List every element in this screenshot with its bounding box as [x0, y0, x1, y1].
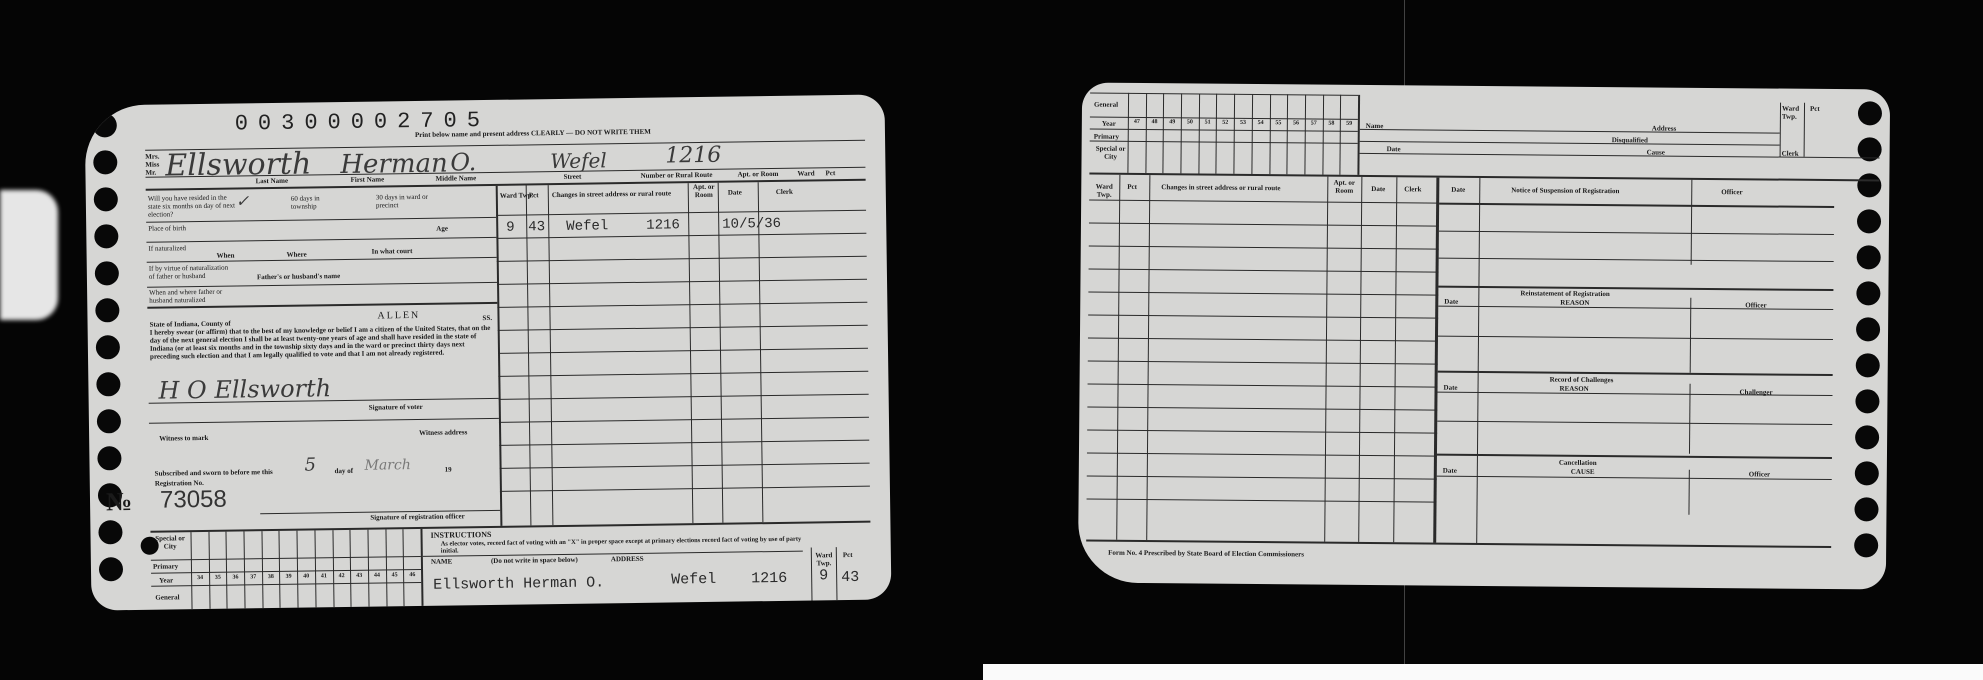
label-ward: Ward	[797, 169, 814, 177]
back-grid-year: Year	[1102, 120, 1116, 128]
typed-pct: 43	[841, 569, 859, 586]
punch-hole	[1856, 353, 1880, 377]
punch-hole	[1854, 533, 1878, 557]
row1-street: Wefel	[566, 218, 608, 235]
row1-pct: 43	[528, 219, 545, 235]
year-col: 49	[1163, 93, 1181, 173]
voting-year-grid: 34 35 36 37 38 39 40 41 42 43 44 45 46	[190, 529, 421, 609]
year-col: 52	[1216, 94, 1234, 174]
subscribed-month: March	[364, 457, 410, 474]
year-col: 43	[350, 530, 369, 607]
back-label-pct: Pct	[1810, 105, 1820, 113]
oath-ss: SS.	[482, 314, 492, 322]
year-col: 58	[1322, 95, 1340, 175]
label-pct: Pct	[825, 169, 835, 177]
oath-text: I hereby swear (or affirm) that to the b…	[150, 324, 495, 361]
year-col: 54	[1251, 94, 1269, 174]
subscribed-day: 5	[304, 454, 316, 475]
col-apt: Apt. or Room	[690, 183, 718, 199]
question-township: 60 days in township	[291, 194, 346, 211]
handwritten-street: Wefel	[550, 148, 607, 173]
punch-hole	[96, 372, 120, 396]
punch-hole	[95, 298, 119, 322]
label-witness-address: Witness address	[419, 428, 467, 437]
year-col: 47	[1127, 93, 1145, 173]
label-address: ADDRESS	[611, 555, 644, 563]
label-day-of: day of	[335, 467, 354, 475]
col-date: Date	[728, 188, 742, 196]
year-col: 57	[1304, 94, 1322, 174]
punch-hole	[93, 150, 117, 174]
label-witness: Witness to mark	[159, 434, 208, 443]
year-col: 39	[279, 531, 298, 608]
year-col: 42	[332, 530, 351, 607]
punch-hole	[1854, 497, 1878, 521]
punch-hole	[1858, 101, 1882, 125]
label-street: Street	[564, 173, 582, 181]
challenges-title: Record of Challenges	[1550, 376, 1614, 385]
back-grid-primary: Primary	[1094, 133, 1119, 141]
punch-hole	[96, 335, 120, 359]
year-col: 40	[297, 530, 316, 607]
instructions-title: INSTRUCTIONS	[430, 531, 491, 540]
salutation-mr: Mr.	[145, 169, 156, 177]
back-label-name: Name	[1366, 122, 1384, 130]
year-col: 45	[385, 529, 404, 606]
oath-county: ALLEN	[377, 311, 420, 321]
label-when: When	[217, 252, 235, 260]
year-col: 56	[1287, 94, 1305, 174]
back-col-apt: Apt. or Room	[1331, 179, 1357, 195]
cancellation-col-officer: Officer	[1749, 470, 1770, 478]
handwritten-last-name: Ellsworth	[165, 146, 311, 183]
year-col: 41	[314, 530, 333, 607]
col-pct: Pct	[529, 191, 539, 199]
row1-number: 1216	[646, 217, 680, 233]
reinstatement-title: Reinstatement of Registration	[1520, 289, 1610, 298]
label-where: Where	[287, 251, 307, 259]
col-changes: Changes in street address or rural route	[552, 189, 671, 199]
year-col: 38	[261, 531, 280, 608]
row1-ward: 9	[506, 220, 515, 236]
punch-hole	[94, 187, 118, 211]
label-last-name: Last Name	[256, 177, 289, 185]
salutation-miss: Miss	[145, 161, 159, 169]
label-pct-bottom: Pct	[843, 551, 853, 559]
subscribed-text: Subscribed and sworn to before me this	[155, 468, 273, 478]
back-col-ward: Ward Twp.	[1091, 183, 1117, 199]
scan-border	[983, 664, 1983, 680]
back-col-clerk: Clerk	[1404, 185, 1421, 193]
form-footer: Form No. 4 Prescribed by State Board of …	[1108, 549, 1304, 559]
number-symbol: №	[106, 487, 133, 517]
back-label-address: Address	[1652, 124, 1676, 132]
punch-hole	[1855, 425, 1879, 449]
typed-street: Wefel	[671, 571, 716, 589]
registration-card-front: 00300002705 Print below name and present…	[85, 94, 892, 610]
punch-hole	[99, 557, 123, 581]
question-ward: 30 days in ward or precinct	[376, 193, 446, 210]
label-father-name: Father's or husband's name	[257, 272, 340, 281]
year-col: 46	[403, 529, 422, 606]
year-col: 55	[1269, 94, 1287, 174]
punch-hole	[93, 113, 117, 137]
year-prefix: 19	[445, 466, 452, 474]
punch-hole	[95, 261, 119, 285]
cancellation-title: Cancellation	[1559, 459, 1597, 467]
typed-ward: 9	[819, 567, 828, 584]
year-col: 59	[1340, 95, 1358, 175]
grid-label-primary: Primary	[153, 562, 178, 570]
label-ward-twp: Ward Twp.	[813, 551, 835, 567]
back-col-pct: Pct	[1127, 183, 1137, 191]
punch-hole	[97, 409, 121, 433]
year-col: 53	[1234, 94, 1252, 174]
challenges-col-reason: REASON	[1560, 385, 1589, 393]
back-voting-year-grid: 47 48 49 50 51 52 53 54 55 56 57 58 59	[1127, 93, 1358, 175]
year-col: 51	[1198, 94, 1216, 174]
reinstatement-col-date: Date	[1444, 298, 1458, 306]
year-col: 34	[190, 532, 209, 609]
grid-label-year: Year	[159, 576, 173, 584]
year-col: 48	[1145, 93, 1163, 173]
challenges-col-date: Date	[1444, 384, 1458, 392]
registration-card-back: General Year Primary Special or City 47 …	[1078, 82, 1890, 589]
year-col: 44	[367, 529, 386, 606]
punch-hole	[1857, 245, 1881, 269]
answer-state-residency: ✓	[236, 191, 250, 210]
punch-hole	[97, 446, 121, 470]
reinstatement-col-reason: REASON	[1560, 299, 1589, 307]
back-grid-general: General	[1094, 101, 1118, 109]
label-middle-name: Middle Name	[436, 174, 477, 183]
punch-hole	[1856, 281, 1880, 305]
label-first-name: First Name	[351, 175, 385, 183]
cancellation-col-cause: CAUSE	[1571, 468, 1595, 476]
back-col-date: Date	[1371, 185, 1385, 193]
label-name: NAME	[431, 558, 453, 566]
label-father-virtue: If by virtue of naturalization of father…	[149, 264, 229, 281]
year-col: 35	[208, 532, 227, 609]
grid-label-general: General	[155, 593, 179, 601]
year-col: 36	[226, 531, 245, 608]
punch-hole	[1856, 317, 1880, 341]
punch-hole	[1855, 389, 1879, 413]
col-ward-twp: Ward Twp.	[500, 191, 526, 199]
label-officer-signature: Signature of registration officer	[370, 512, 465, 521]
label-apt: Apt. or Room	[737, 170, 778, 179]
back-label-clerk: Clerk	[1782, 150, 1799, 158]
suspension-col-officer: Officer	[1721, 188, 1742, 196]
punch-hole	[1855, 461, 1879, 485]
label-do-not-write: (Do not write in space below)	[491, 556, 578, 565]
back-label-cause: Cause	[1647, 148, 1665, 156]
back-col-changes: Changes in street address or rural route	[1161, 183, 1280, 192]
row1-date: 10/5/36	[722, 216, 781, 233]
typed-name: Ellsworth Herman O.	[433, 574, 604, 593]
label-signature-voter: Signature of voter	[369, 403, 423, 412]
grid-label-special: Special or City	[153, 534, 188, 550]
back-label-date: Date	[1387, 145, 1401, 153]
year-col: 50	[1180, 93, 1198, 173]
punch-hole	[1857, 209, 1881, 233]
punch-hole	[94, 224, 118, 248]
back-grid-special: Special or City	[1096, 145, 1126, 161]
suspension-title: Notice of Suspension of Registration	[1511, 186, 1619, 195]
question-state-residency: Will you have resided in the state six m…	[148, 193, 238, 218]
typed-number: 1216	[751, 570, 787, 588]
back-label-disqualified: Disqualified	[1612, 136, 1648, 144]
year-col: 37	[244, 531, 263, 608]
label-if-naturalized: If naturalized	[148, 244, 193, 253]
suspension-col-date: Date	[1451, 186, 1465, 194]
punch-hole	[98, 520, 122, 544]
punch-hole	[1857, 173, 1881, 197]
label-age: Age	[436, 225, 448, 233]
label-place-of-birth: Place of birth	[148, 224, 198, 233]
label-father-when-where: When and where father or husband natural…	[149, 287, 239, 304]
back-label-ward: Ward Twp.	[1782, 105, 1804, 121]
handwritten-number: 1216	[665, 143, 721, 169]
registration-number: 73058	[160, 486, 227, 515]
adjacent-card-edge	[0, 190, 58, 320]
col-clerk: Clerk	[776, 188, 793, 196]
label-number: Number or Rural Route	[640, 171, 712, 180]
cancellation-col-date: Date	[1443, 467, 1457, 475]
label-court: In what court	[372, 247, 413, 256]
